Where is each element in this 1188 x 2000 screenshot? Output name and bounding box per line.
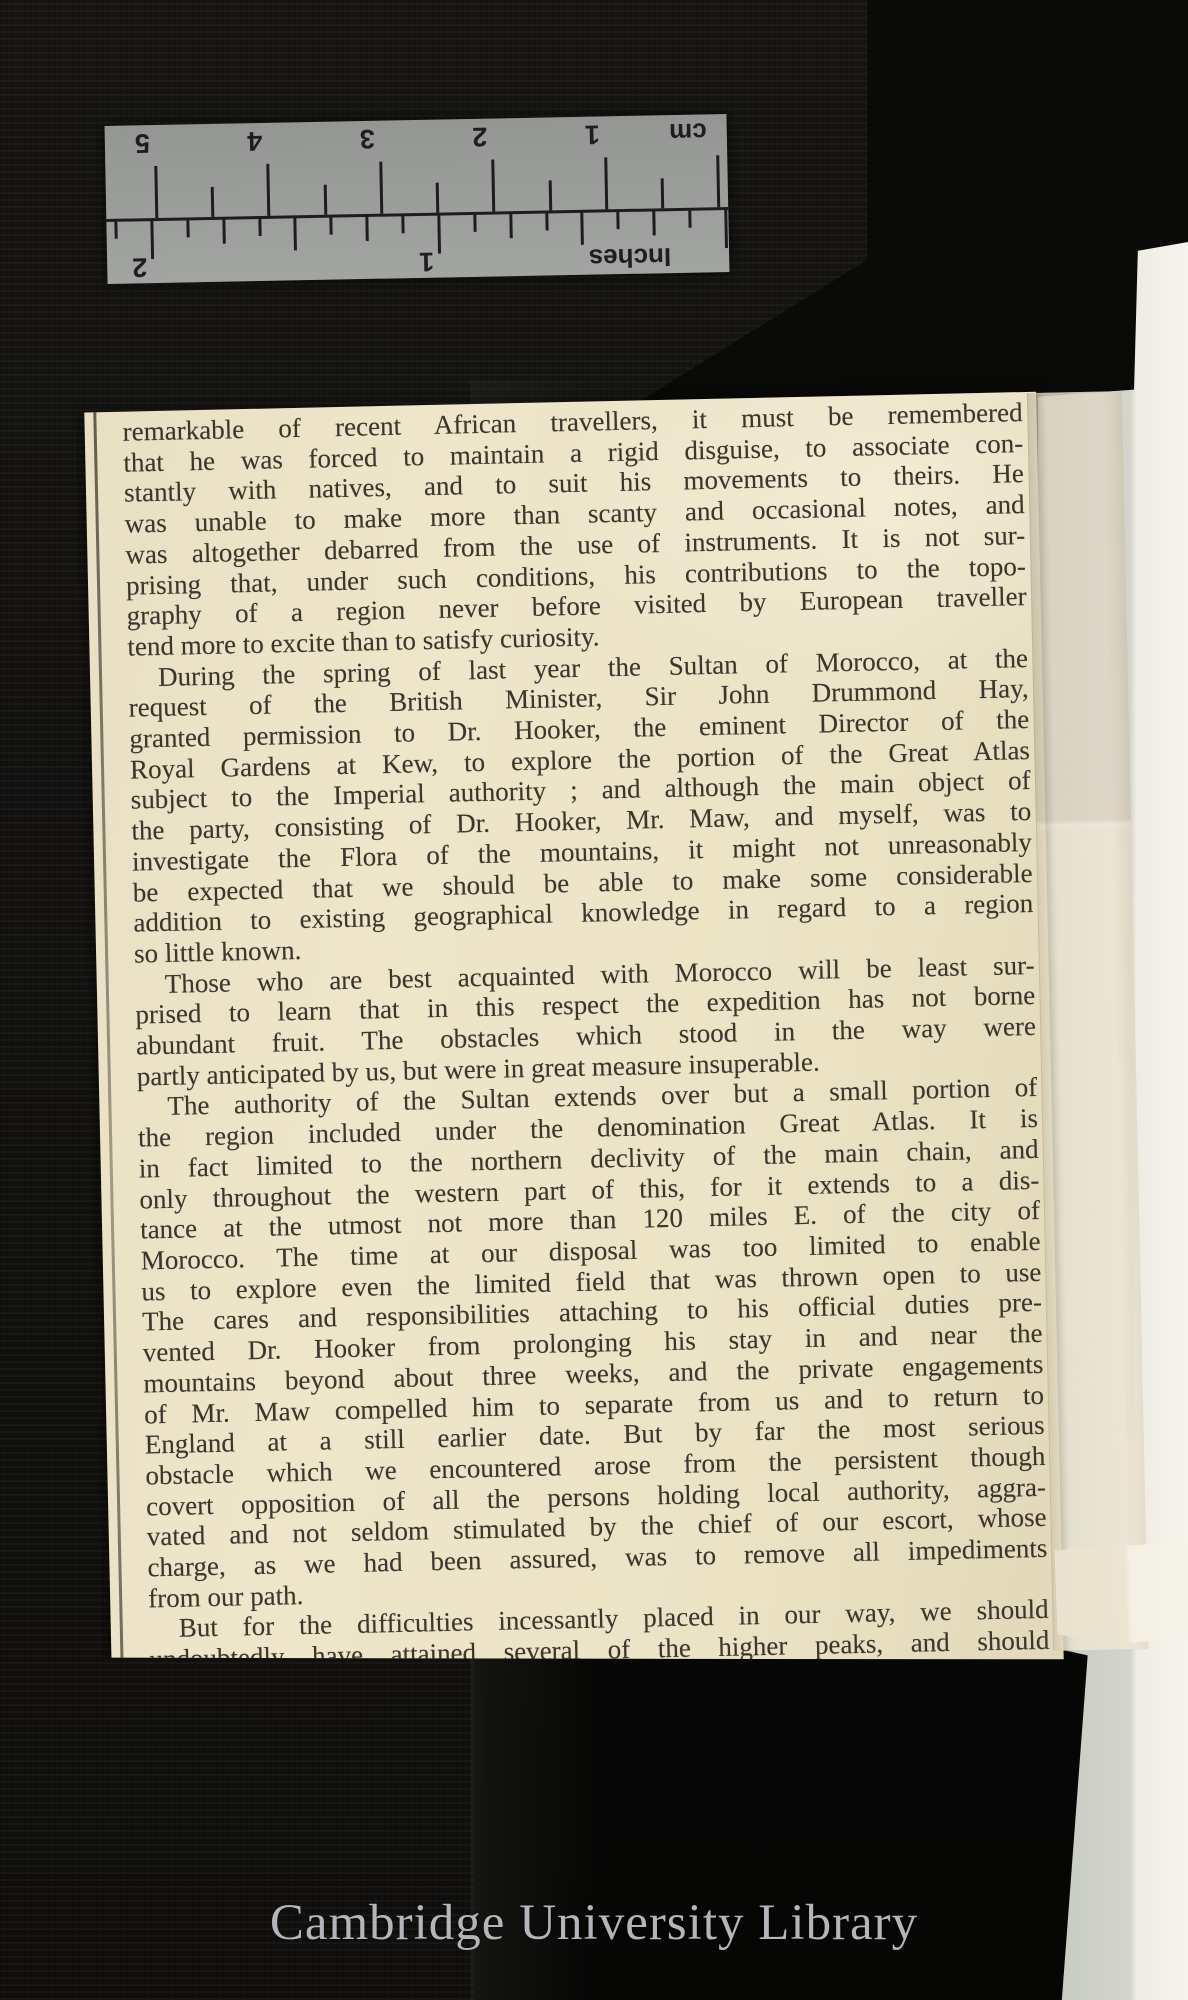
ruler-tick bbox=[661, 178, 665, 208]
ruler-number: 2 bbox=[132, 251, 148, 282]
clipping-text: remarkable of recent African travellers,… bbox=[122, 397, 1049, 1675]
ruler: Inches cm 1234512 bbox=[105, 114, 730, 284]
ruler-inches-label: Inches bbox=[588, 241, 671, 274]
ruler-tick bbox=[222, 218, 225, 244]
ruler-tick bbox=[688, 209, 691, 228]
ruler-number: 2 bbox=[472, 121, 488, 152]
ruler-tick bbox=[294, 216, 298, 250]
ruler-tick bbox=[211, 187, 215, 217]
ruler-tick bbox=[437, 214, 441, 254]
ruler-number: 1 bbox=[419, 246, 435, 277]
ruler-tick bbox=[509, 212, 512, 238]
ruler-tick bbox=[717, 155, 721, 207]
ruler-number: 1 bbox=[584, 118, 600, 149]
ruler-cm-label: cm bbox=[669, 116, 707, 148]
ruler-tick bbox=[492, 160, 496, 212]
ruler-tick bbox=[581, 211, 585, 245]
ruler-tick bbox=[436, 183, 440, 213]
ruler-number: 5 bbox=[135, 127, 151, 158]
ruler-number: 4 bbox=[247, 125, 263, 156]
ruler-tick bbox=[154, 166, 158, 218]
ruler-tick bbox=[150, 219, 154, 259]
ruler-tick bbox=[186, 218, 189, 237]
ruler-tick bbox=[267, 164, 271, 216]
ruler-tick bbox=[330, 216, 333, 235]
ruler-tick bbox=[724, 208, 728, 248]
ruler-tick bbox=[604, 157, 608, 209]
ruler-tick bbox=[545, 211, 548, 230]
ruler-tick bbox=[379, 162, 383, 214]
ruler-tick bbox=[548, 180, 552, 210]
photo-stage: Inches cm 1234512 remarkable of recent A… bbox=[0, 0, 1188, 2000]
ruler-tick bbox=[258, 217, 261, 236]
ruler-tick bbox=[473, 213, 476, 232]
ruler-tick bbox=[401, 214, 404, 233]
ruler-tick bbox=[617, 210, 620, 229]
newspaper-clipping: remarkable of recent African travellers,… bbox=[84, 392, 1063, 1680]
tape-piece-bottom-right bbox=[1054, 1542, 1188, 1647]
ruler-tick bbox=[114, 220, 117, 239]
ruler-mid-line bbox=[106, 207, 728, 222]
ruler-number: 3 bbox=[360, 123, 376, 154]
ruler-tick bbox=[652, 209, 655, 235]
library-watermark: Cambridge University Library bbox=[0, 1894, 1188, 1952]
ruler-tick bbox=[366, 215, 369, 241]
ruler-tick bbox=[323, 185, 327, 215]
